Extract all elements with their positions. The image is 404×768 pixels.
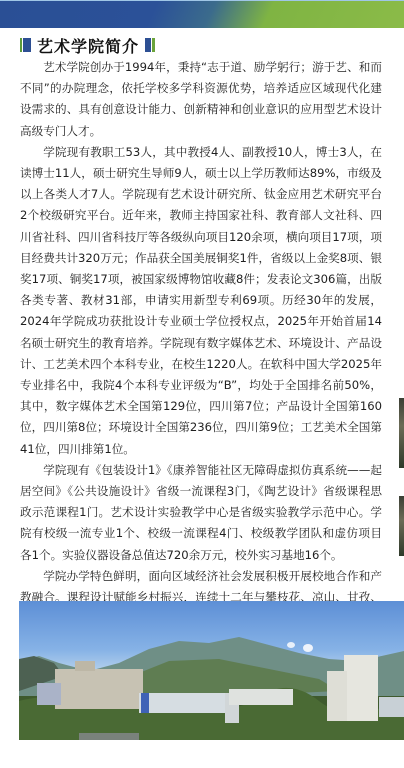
title-right-bars-icon — [145, 38, 155, 52]
paragraph-courses: 学院现有《包装设计1》《康养智能社区无障碍虚拟仿真系统——起居空间》《公共设施设… — [20, 460, 382, 566]
section-title: 艺术学院简介 — [20, 34, 155, 56]
side-photo-strip — [399, 398, 404, 468]
page-title: 艺术学院简介 — [37, 34, 139, 57]
paragraph-founding: 艺术学院创办于1994年，秉持“志于道、励学躬行；游于艺、和而不同”的办院理念，… — [20, 57, 382, 142]
campus-photo — [19, 601, 404, 740]
header-banner — [0, 0, 404, 28]
campus-landscape-icon — [19, 601, 404, 740]
intro-body: 艺术学院创办于1994年，秉持“志于道、励学躬行；游于艺、和而不同”的办院理念，… — [20, 57, 382, 651]
paragraph-faculty: 学院现有教职工53人，其中教授4人、副教授10人，博士3人，在读博士11人，硕士… — [20, 142, 382, 460]
title-left-bars-icon — [20, 38, 31, 52]
side-photo-strip — [399, 496, 404, 556]
